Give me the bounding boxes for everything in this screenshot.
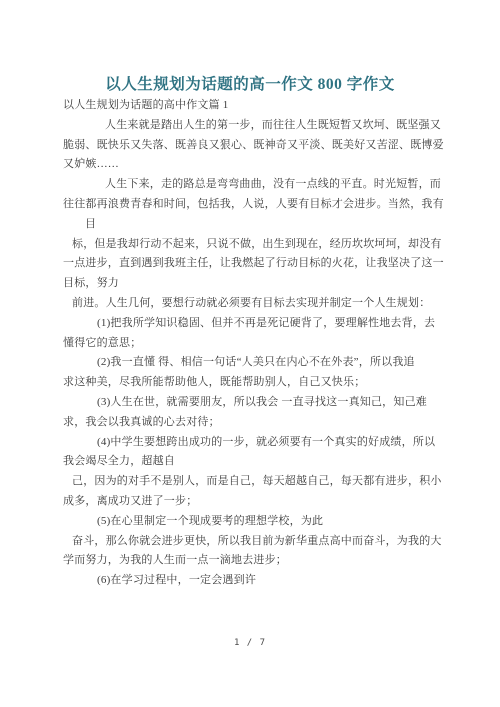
body-line: 学而努力，为我的人生而一点一滴地去进步； <box>63 551 435 571</box>
body-line: 懂得它的意思； <box>63 334 435 354</box>
body-line: 成多，离成功又进了一步； <box>63 492 435 512</box>
body-line: (6)在学习过程中，一定会遇到许 <box>63 571 435 591</box>
document-body: 以人生规划为话题的高中作文篇 1人生来就是踏出人生的第一步，而往往人生既短暂又坎… <box>63 96 435 591</box>
body-line: 求，我会以我真诚的心去对待； <box>63 413 435 433</box>
document-title: 以人生规划为话题的高一作文 800 字作文 <box>0 72 500 94</box>
body-line: (2)我一直懂 得、相信一句话“人美只在内心不在外表”，所以我追 <box>63 353 435 373</box>
body-line: 脆弱、既快乐又失落、既善良又狠心、既神奇又平淡、既美好又苦涩、既博爱 <box>63 136 435 156</box>
page-number-indicator: 1 / 7 <box>0 638 500 648</box>
body-line: 奋斗，那么你就会进步更快，所以我目前为新华重点高中而奋斗，为我的大 <box>63 532 435 552</box>
body-line: 以人生规划为话题的高中作文篇 1 <box>63 96 435 116</box>
body-line: 前进。人生几何，要想行动就必须要有目标去实现并制定一个人生规划： <box>63 294 435 314</box>
body-line: (4)中学生要想跨出成功的一步，就必须要有一个真实的好成绩，所以 <box>63 433 435 453</box>
document-page: 以人生规划为话题的高一作文 800 字作文 以人生规划为话题的高中作文篇 1人生… <box>0 0 500 707</box>
body-line: 目标，努力 <box>63 274 435 294</box>
body-line: (1)把我所学知识稳固、但并不再是死记硬背了，要理解性地去背，去 <box>63 314 435 334</box>
body-line: 我会竭尽全力，超越自 <box>63 452 435 472</box>
body-line: 人生来就是踏出人生的第一步，而往往人生既短暂又坎坷、既坚强又 <box>63 116 435 136</box>
body-line: (3)人生在世，就需要朋友，所以我会 一直寻找这一真知己，知己难 <box>63 393 435 413</box>
body-line: 求这种美，尽我所能帮助他人，既能帮助别人，自己又快乐； <box>63 373 435 393</box>
body-line: 又妒嫉…… <box>63 155 435 175</box>
body-line: (5)在心里制定一个现成要考的理想学校，为此 <box>63 512 435 532</box>
body-line: 人生下来，走的路总是弯弯曲曲，没有一点线的平直。时光短暂，而 <box>63 175 435 195</box>
body-line: 往往都再浪费青春和时间，包括我，人说，人要有目标才会进步。当然，我有 <box>63 195 435 215</box>
body-line: 目 <box>63 215 435 235</box>
body-line: 标，但是我却行动不起来，只说不做，出生到现在，经历坎坎坷坷，却没有 <box>63 235 435 255</box>
body-line: 己，因为的对手不是别人，而是自己，每天超越自己，每天都有进步，积小 <box>63 472 435 492</box>
body-line: 一点进步，直到遇到我班主任，让我燃起了行动目标的火花，让我坚决了这一 <box>63 254 435 274</box>
